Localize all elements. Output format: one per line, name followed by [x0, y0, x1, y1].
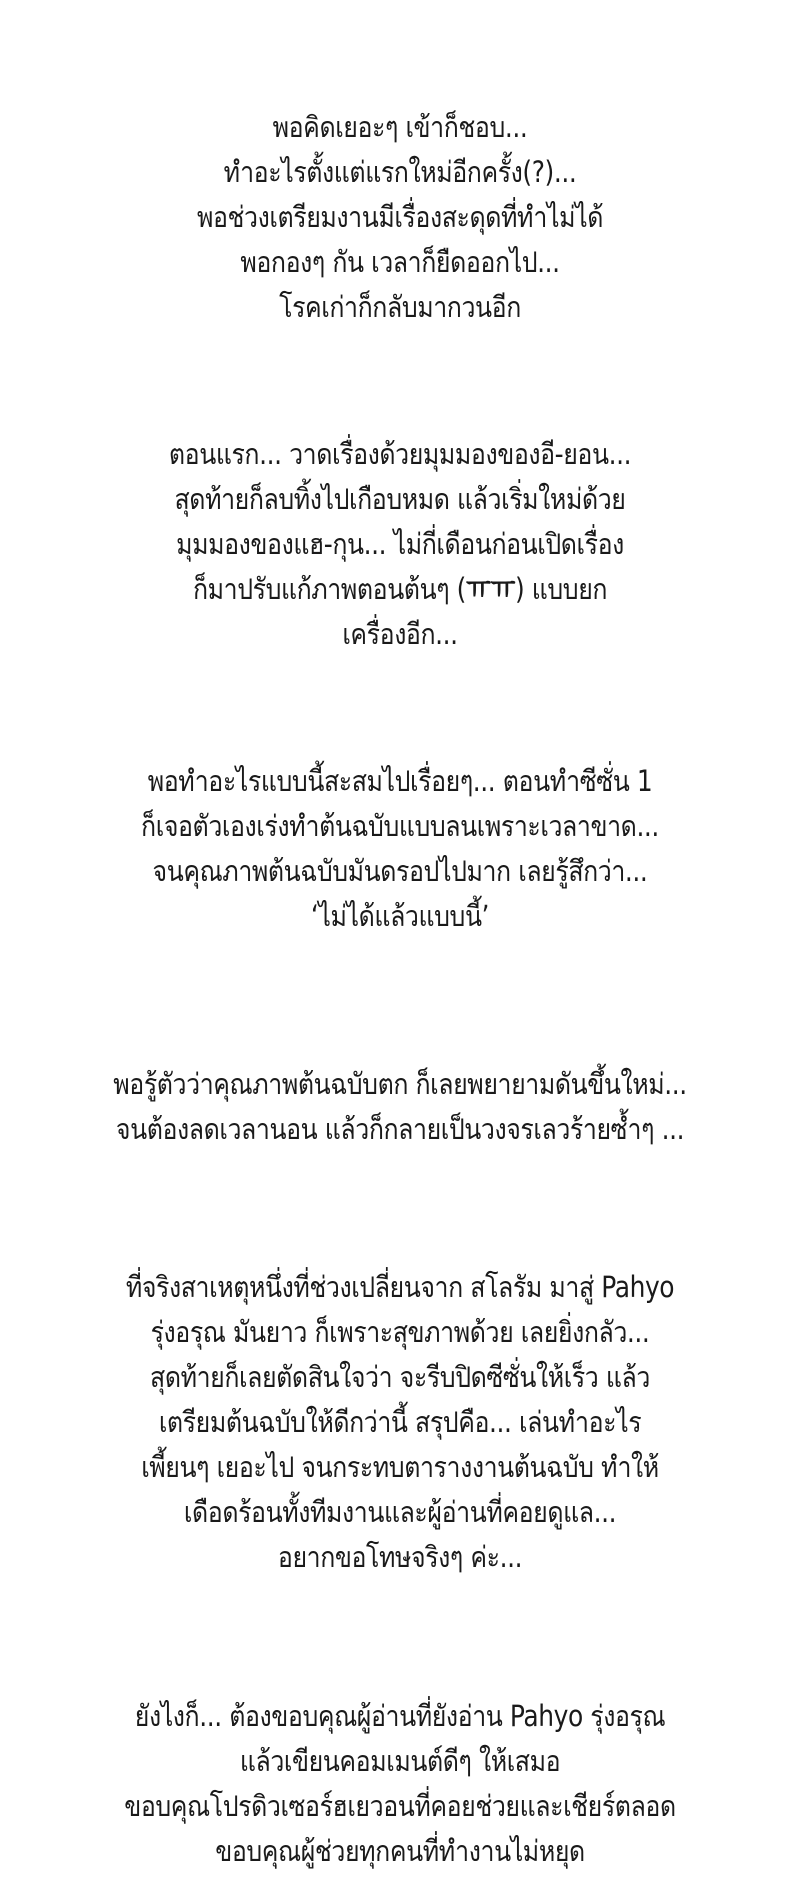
- text-line: ขอบคุณผู้ช่วยทุกคนที่ทำงานไม่หยุด: [90, 1829, 709, 1874]
- author-note-page: พอคิดเยอะๆ เข้าก็ชอบ... ทำอะไรตั้งแต่แรก…: [0, 0, 800, 1900]
- paragraph-6: ยังไงก็... ต้องขอบคุณผู้อ่านที่ยังอ่าน P…: [40, 1694, 760, 1874]
- text-line: พอรู้ตัวว่าคุณภาพต้นฉบับตก ก็เลยพยายามดั…: [90, 1062, 709, 1107]
- paragraph-2: ตอนแรก... วาดเรื่องด้วยมุมมองของอี-ยอน..…: [40, 432, 760, 657]
- text-line: ก็เจอตัวเองเร่งทำต้นฉบับแบบลนเพราะเวลาขา…: [90, 804, 709, 849]
- text-line: พอคิดเยอะๆ เข้าก็ชอบ...: [90, 105, 709, 150]
- text-line: รุ่งอรุณ มันยาว ก็เพราะสุขภาพด้วย เลยยิ่…: [90, 1310, 709, 1355]
- text-line: ตอนแรก... วาดเรื่องด้วยมุมมองของอี-ยอน..…: [90, 432, 709, 477]
- text-line: เพี้ยนๆ เยอะไป จนกระทบตารางงานต้นฉบับ ทำ…: [90, 1445, 709, 1490]
- text-line: เครื่องอีก...: [90, 612, 709, 657]
- text-line: ‘ไม่ได้แล้วแบบนี้’: [90, 894, 709, 939]
- text-line: จนต้องลดเวลานอน แล้วก็กลายเป็นวงจรเลวร้า…: [90, 1107, 709, 1152]
- text-line: ยังไงก็... ต้องขอบคุณผู้อ่านที่ยังอ่าน P…: [90, 1694, 709, 1739]
- text-segment: ) แบบยก: [515, 572, 607, 606]
- text-line: เดือดร้อนทั้งทีมงานและผู้อ่านที่คอยดูแล.…: [90, 1490, 709, 1535]
- text-line: อยากขอโทษจริงๆ ค่ะ...: [90, 1535, 709, 1580]
- paragraph-5: ที่จริงสาเหตุหนึ่งที่ช่วงเปลี่ยนจาก สโลร…: [40, 1265, 760, 1580]
- text-line: สุดท้ายก็เลยตัดสินใจว่า จะรีบปิดซีซั่นให…: [90, 1355, 709, 1400]
- text-segment: ก็มาปรับแก้ภาพตอนต้นๆ (: [193, 572, 466, 606]
- text-line: สุดท้ายก็ลบทิ้งไปเกือบหมด แล้วเริ่มใหม่ด…: [90, 477, 709, 522]
- text-line: ที่จริงสาเหตุหนึ่งที่ช่วงเปลี่ยนจาก สโลร…: [90, 1265, 709, 1310]
- text-line: จนคุณภาพต้นฉบับมันดรอปไปมาก เลยรู้สึกว่า…: [90, 849, 709, 894]
- paragraph-1: พอคิดเยอะๆ เข้าก็ชอบ... ทำอะไรตั้งแต่แรก…: [40, 105, 760, 330]
- text-line: เตรียมต้นฉบับให้ดีกว่านี้ สรุปคือ... เล่…: [90, 1400, 709, 1445]
- text-line: ขอบคุณโปรดิวเซอร์ฮเยวอนที่คอยช่วยและเชีย…: [90, 1784, 709, 1829]
- paragraph-4: พอรู้ตัวว่าคุณภาพต้นฉบับตก ก็เลยพยายามดั…: [40, 1062, 760, 1152]
- text-line: ทำอะไรตั้งแต่แรกใหม่อีกครั้ง(?)...: [90, 150, 709, 195]
- text-line: พอช่วงเตรียมงานมีเรื่องสะดุดที่ทำไม่ได้: [90, 195, 709, 240]
- text-line: มุมมองของแฮ-กุน... ไม่กี่เดือนก่อนเปิดเร…: [90, 522, 709, 567]
- paragraph-3: พอทำอะไรแบบนี้สะสมไปเรื่อยๆ... ตอนทำซีซั…: [40, 759, 760, 939]
- text-line-with-emoticon: ก็มาปรับแก้ภาพตอนต้นๆ (ㅠㅠ) แบบยก: [90, 567, 709, 612]
- crying-emoticon: ㅠㅠ: [466, 572, 515, 607]
- text-line: โรคเก่าก็กลับมากวนอีก: [90, 285, 709, 330]
- text-line: แล้วเขียนคอมเมนต์ดีๆ ให้เสมอ: [90, 1739, 709, 1784]
- text-line: พอทำอะไรแบบนี้สะสมไปเรื่อยๆ... ตอนทำซีซั…: [90, 759, 709, 804]
- text-line: พอกองๆ กัน เวลาก็ยืดออกไป...: [90, 240, 709, 285]
